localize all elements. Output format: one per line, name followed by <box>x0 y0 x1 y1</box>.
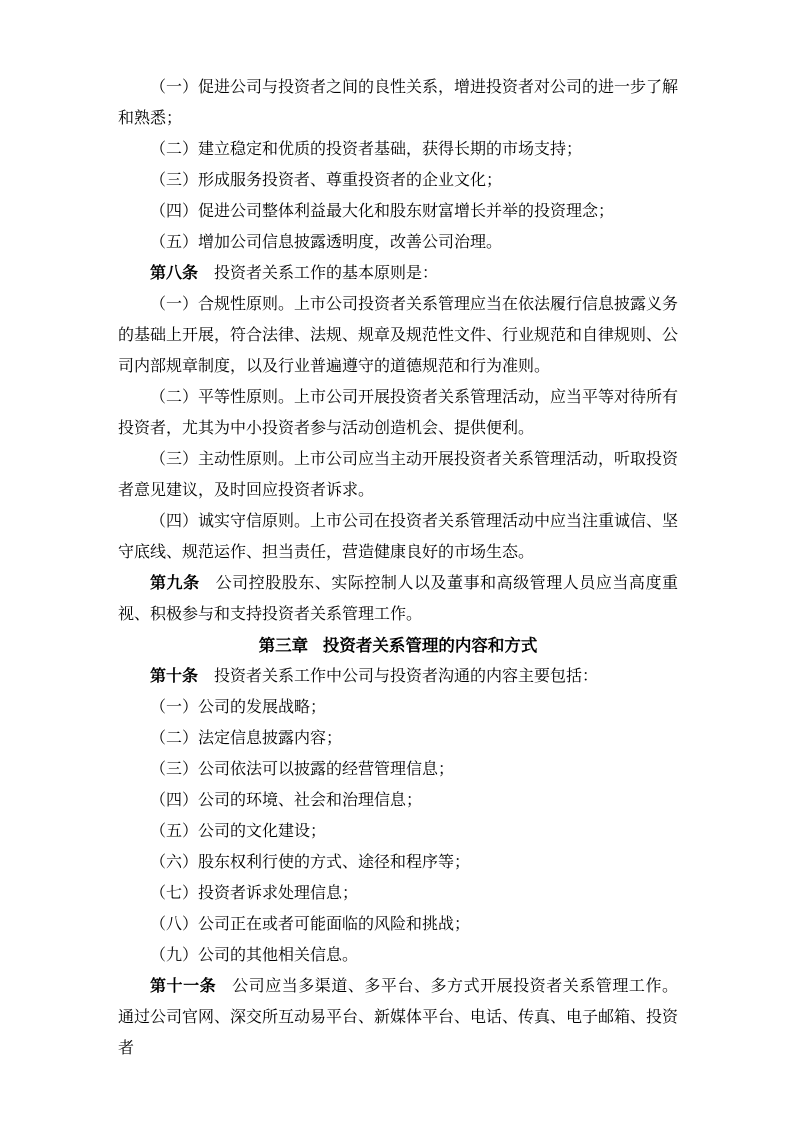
list-item: （五）增加公司信息披露透明度，改善公司治理。 <box>118 227 678 258</box>
list-item: （四）公司的环境、社会和治理信息； <box>118 785 678 816</box>
list-item: （三）公司依法可以披露的经营管理信息； <box>118 754 678 785</box>
paragraph-text: （八）公司正在或者可能面临的风险和挑战； <box>150 916 470 933</box>
paragraph-text: （四）公司的环境、社会和治理信息； <box>150 792 422 809</box>
list-item: （二）法定信息披露内容； <box>118 723 678 754</box>
article-number: 第十条 <box>150 668 198 685</box>
article-paragraph: 第八条投资者关系工作的基本原则是： <box>118 258 678 289</box>
list-item: （三）主动性原则。上市公司应当主动开展投资者关系管理活动，听取投资者意见建议，及… <box>118 444 678 506</box>
paragraph-text: （一）合规性原则。上市公司投资者关系管理应当在依法履行信息披露义务的基础上开展，… <box>118 296 678 375</box>
document-body: （一）促进公司与投资者之间的良性关系，增进投资者对公司的进一步了解和熟悉； （二… <box>118 72 678 1064</box>
list-item: （二）平等性原则。上市公司开展投资者关系管理活动，应当平等对待所有投资者，尤其为… <box>118 382 678 444</box>
article-number: 第八条 <box>150 265 198 282</box>
list-item: （四）促进公司整体利益最大化和股东财富增长并举的投资理念； <box>118 196 678 227</box>
paragraph-text: （二）法定信息披露内容； <box>150 730 342 747</box>
list-item: （五）公司的文化建设； <box>118 816 678 847</box>
paragraph-text: （五）公司的文化建设； <box>150 823 326 840</box>
chapter-heading: 第三章投资者关系管理的内容和方式 <box>118 630 678 661</box>
paragraph-text: （六）股东权利行使的方式、途径和程序等； <box>150 854 470 871</box>
paragraph-text: （七）投资者诉求处理信息； <box>150 885 358 902</box>
paragraph-text: （九）公司的其他相关信息。 <box>150 947 358 964</box>
paragraph-text: （一）公司的发展战略； <box>150 699 326 716</box>
paragraph-text: 投资者关系工作的基本原则是： <box>214 265 438 282</box>
paragraph-text: （一）促进公司与投资者之间的良性关系，增进投资者对公司的进一步了解和熟悉； <box>118 79 678 127</box>
article-paragraph: 第九条公司控股股东、实际控制人以及董事和高级管理人员应当高度重视、积极参与和支持… <box>118 568 678 630</box>
paragraph-text: 公司控股股东、实际控制人以及董事和高级管理人员应当高度重视、积极参与和支持投资者… <box>118 575 678 623</box>
chapter-number: 第三章 <box>259 636 309 655</box>
list-item: （三）形成服务投资者、尊重投资者的企业文化； <box>118 165 678 196</box>
paragraph-text: 投资者关系工作中公司与投资者沟通的内容主要包括： <box>214 668 598 685</box>
paragraph-text: （三）公司依法可以披露的经营管理信息； <box>150 761 454 778</box>
list-item: （九）公司的其他相关信息。 <box>118 940 678 971</box>
list-item: （二）建立稳定和优质的投资者基础，获得长期的市场支持； <box>118 134 678 165</box>
document-page: （一）促进公司与投资者之间的良性关系，增进投资者对公司的进一步了解和熟悉； （二… <box>0 0 793 1121</box>
list-item: （七）投资者诉求处理信息； <box>118 878 678 909</box>
list-item: （八）公司正在或者可能面临的风险和挑战； <box>118 909 678 940</box>
paragraph-text: （四）促进公司整体利益最大化和股东财富增长并举的投资理念； <box>150 203 614 220</box>
list-item: （一）公司的发展战略； <box>118 692 678 723</box>
article-paragraph: 第十条投资者关系工作中公司与投资者沟通的内容主要包括： <box>118 661 678 692</box>
list-item: （一）促进公司与投资者之间的良性关系，增进投资者对公司的进一步了解和熟悉； <box>118 72 678 134</box>
list-item: （六）股东权利行使的方式、途径和程序等； <box>118 847 678 878</box>
paragraph-text: （三）形成服务投资者、尊重投资者的企业文化； <box>150 172 502 189</box>
list-item: （一）合规性原则。上市公司投资者关系管理应当在依法履行信息披露义务的基础上开展，… <box>118 289 678 382</box>
paragraph-text: （三）主动性原则。上市公司应当主动开展投资者关系管理活动，听取投资者意见建议，及… <box>118 451 678 499</box>
paragraph-text: （二）平等性原则。上市公司开展投资者关系管理活动，应当平等对待所有投资者，尤其为… <box>118 389 678 437</box>
paragraph-text: （二）建立稳定和优质的投资者基础，获得长期的市场支持； <box>150 141 582 158</box>
article-number: 第十一条 <box>150 978 216 995</box>
article-paragraph: 第十一条公司应当多渠道、多平台、多方式开展投资者关系管理工作。通过公司官网、深交… <box>118 971 678 1064</box>
list-item: （四）诚实守信原则。上市公司在投资者关系管理活动中应当注重诚信、坚守底线、规范运… <box>118 506 678 568</box>
chapter-title: 投资者关系管理的内容和方式 <box>323 636 538 655</box>
paragraph-text: （五）增加公司信息披露透明度，改善公司治理。 <box>150 234 502 251</box>
article-number: 第九条 <box>150 575 200 592</box>
paragraph-text: （四）诚实守信原则。上市公司在投资者关系管理活动中应当注重诚信、坚守底线、规范运… <box>118 513 678 561</box>
